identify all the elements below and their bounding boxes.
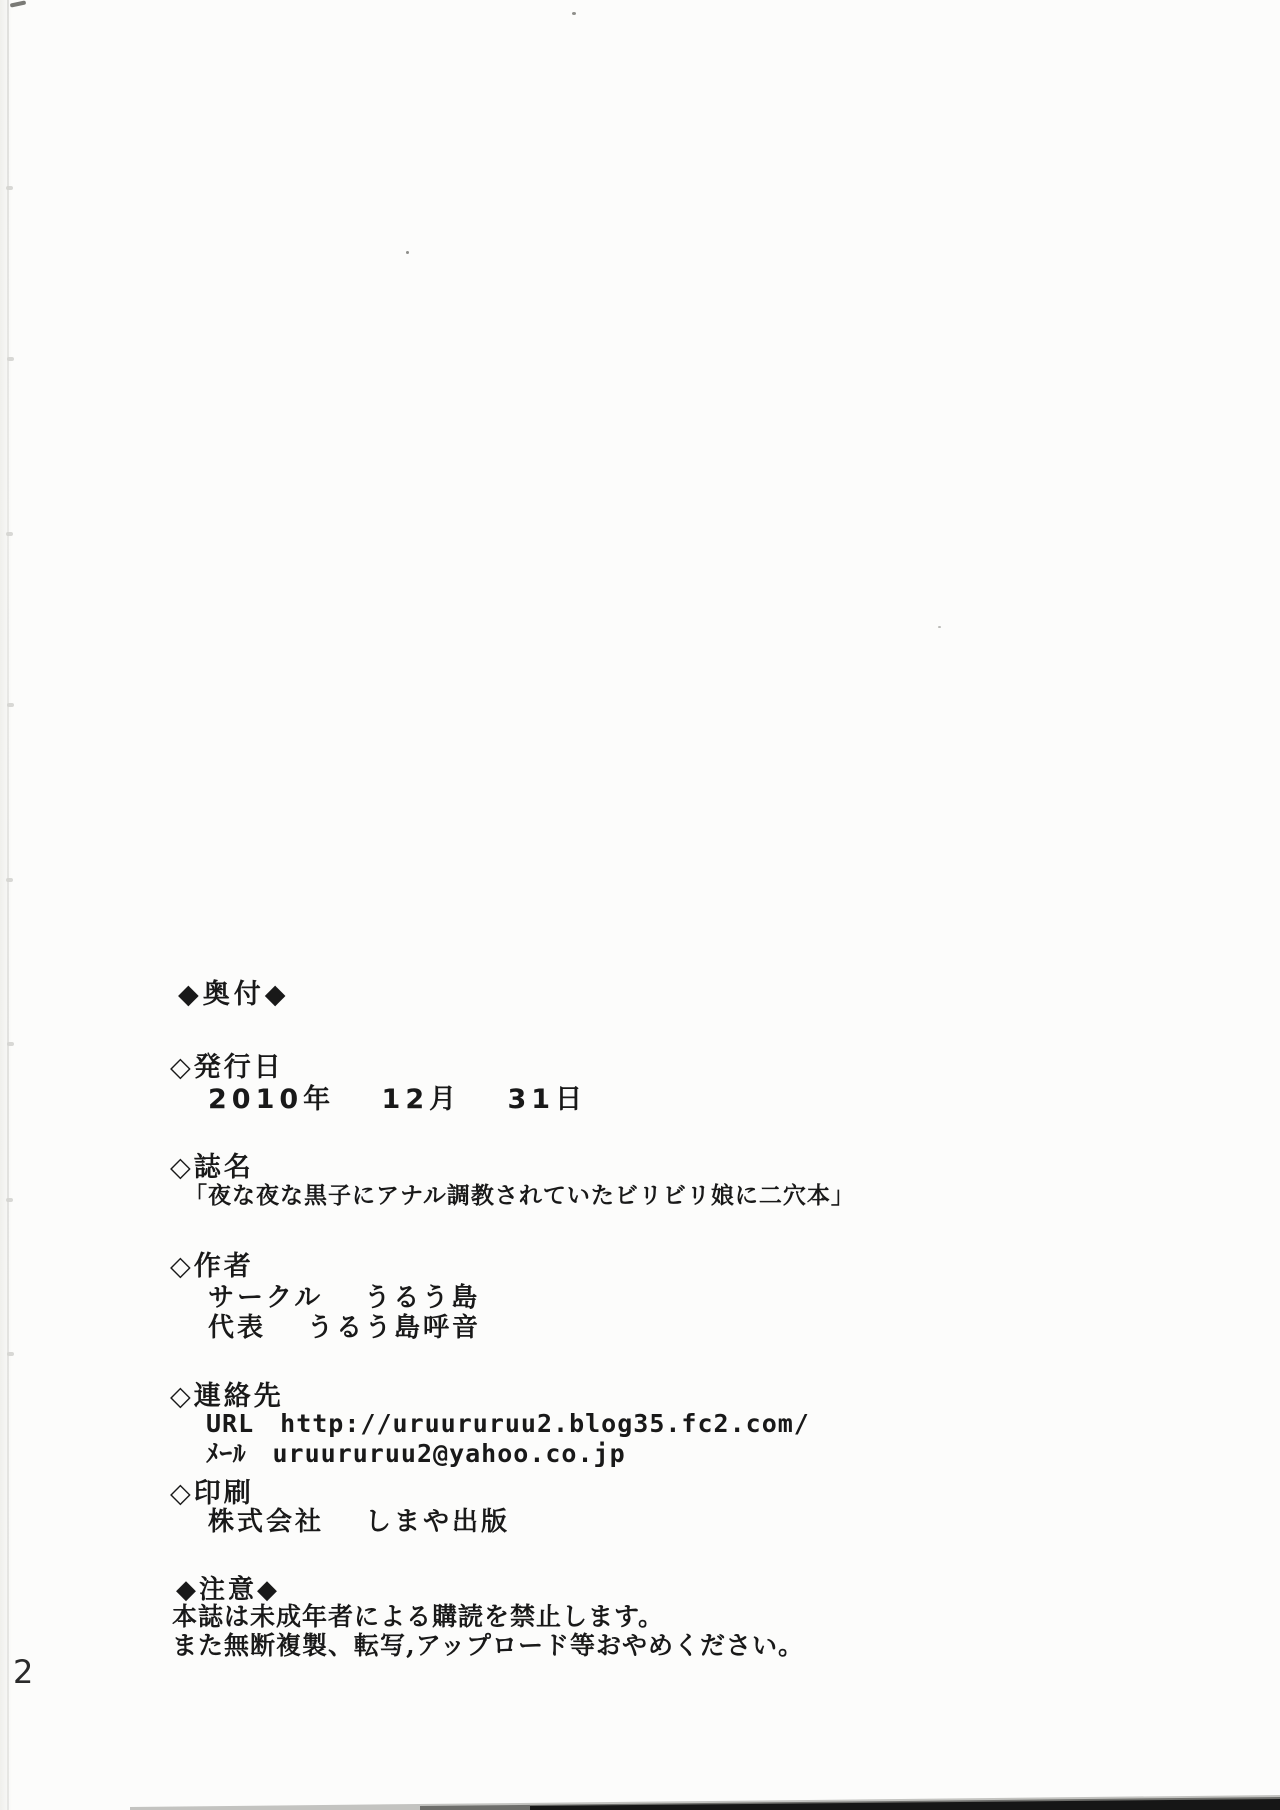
scan-edge-tick [7, 703, 14, 707]
printer-value: 株式会社 しまや出版 [208, 1508, 510, 1537]
dust-speck [572, 12, 576, 15]
notice-line-1: 本誌は未成年者による購読を禁止します。 [172, 1603, 664, 1631]
contact-url-value: URL http://uruururuu2.blog35.fc2.com/ [206, 1410, 810, 1438]
dust-speck [406, 251, 409, 254]
notice-heading: ◆注意◆ [176, 1576, 280, 1605]
notice-line-2: また無断複製、転写,アップロード等おやめください。 [172, 1632, 804, 1660]
book-title-value: 「夜な夜な黒子にアナル調教されていたビリビリ娘に二穴本」 [184, 1184, 855, 1209]
section-heading-book-title: ◇誌名 [170, 1153, 254, 1183]
author-representative-value: 代表 うるう島呼音 [208, 1314, 481, 1343]
publication-date-value: 2010年 12月 31日 [208, 1085, 587, 1115]
scan-edge-tick [6, 186, 13, 190]
dust-speck [938, 626, 941, 628]
left-page-edge-line [7, 0, 9, 1810]
scan-edge-tick [6, 532, 13, 536]
left-page-edge-shadow [0, 0, 12, 1810]
scan-edge-tick [7, 1042, 14, 1046]
scan-edge-tick [6, 1198, 13, 1202]
bottom-scan-edge [0, 1788, 1280, 1810]
scan-edge-tick [7, 357, 14, 361]
section-heading-publication-date: ◇発行日 [170, 1053, 284, 1083]
scan-corner-mark [10, 0, 26, 7]
scanned-colophon-page: ◆奥付◆ ◇発行日 2010年 12月 31日 ◇誌名 「夜な夜な黒子にアナル調… [0, 0, 1280, 1810]
scan-edge-tick [7, 1352, 14, 1356]
section-heading-author: ◇作者 [170, 1252, 254, 1282]
author-circle-value: サークル うるう島 [208, 1284, 480, 1313]
section-heading-contact: ◇連絡先 [170, 1382, 284, 1412]
page-number: 2 [13, 1655, 33, 1690]
scan-edge-tick [6, 878, 13, 882]
section-heading-printer: ◇印刷 [170, 1479, 254, 1509]
colophon-title: ◆奥付◆ [178, 980, 290, 1010]
contact-email-value: ﾒｰﾙ uruururuu2@yahoo.co.jp [206, 1440, 626, 1468]
